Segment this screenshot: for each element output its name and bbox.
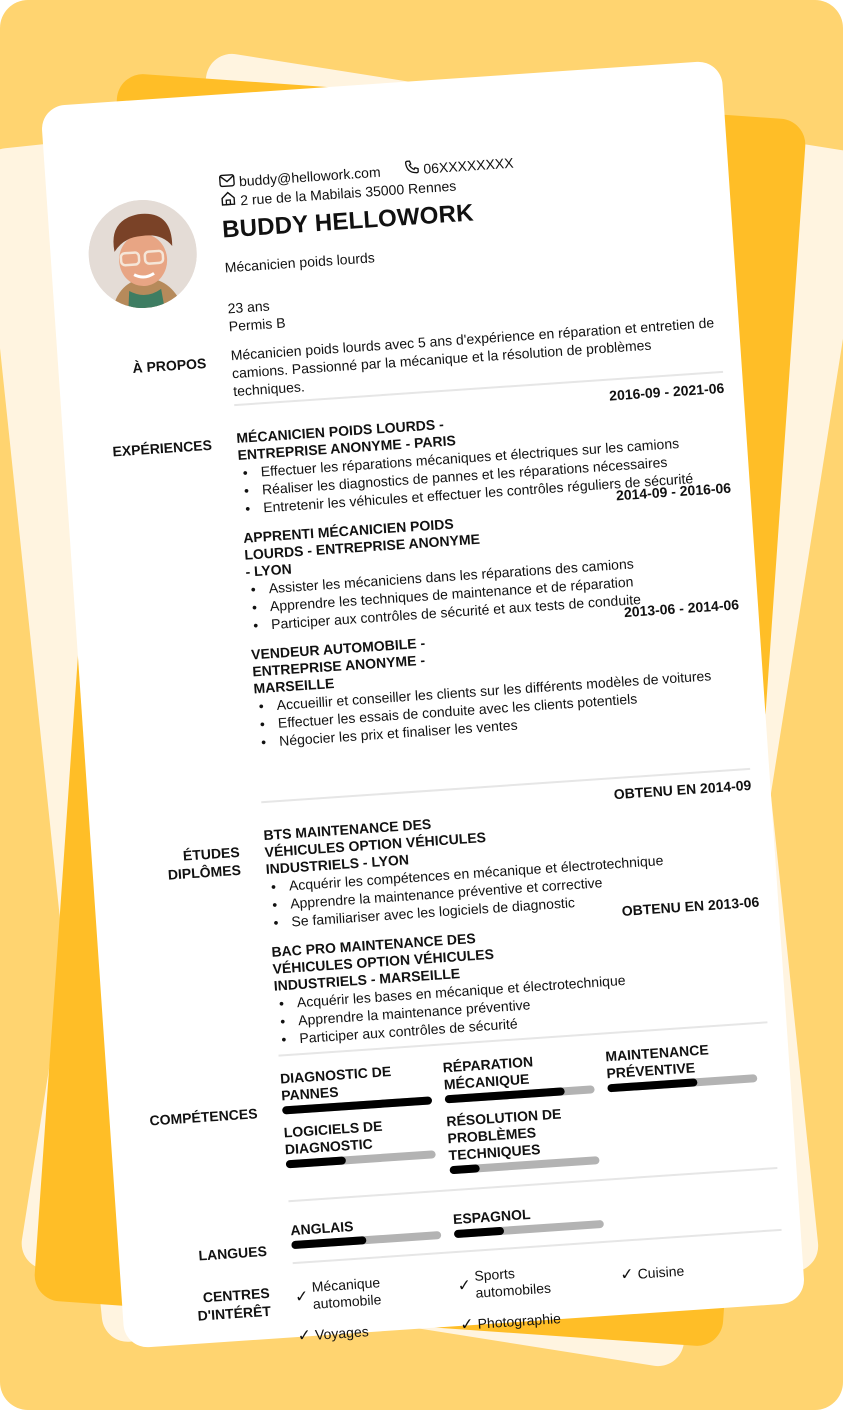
section-label-education: ÉTUDES DIPLÔMES [91, 843, 241, 889]
envelope-icon [218, 172, 235, 191]
check-icon: ✓ [457, 1277, 472, 1295]
section-label-skills: COMPÉTENCES [109, 1104, 258, 1132]
check-icon: ✓ [460, 1316, 475, 1334]
interest-item: ✓Sports automobiles [456, 1258, 621, 1303]
resume-card: buddy@hellowork.com 06XXXXXXXX 2 rue de … [40, 60, 805, 1349]
interest-item: ✓Mécanique automobile [294, 1269, 459, 1314]
skill-item: Réparation mécanique [442, 1048, 608, 1103]
section-label-about: À PROPOS [58, 354, 207, 382]
language-item: ANGLAIS [290, 1211, 454, 1249]
license-text: Permis B [228, 313, 286, 335]
background-frame: buddy@hellowork.com 06XXXXXXXX 2 rue de … [0, 0, 843, 1410]
skill-item: Maintenance préventive [605, 1037, 771, 1092]
interest-label: Sports automobiles [474, 1260, 586, 1301]
experience-date: 2016-09 - 2021-06 [609, 379, 725, 405]
section-label-experiences: EXPÉRIENCES [64, 436, 213, 464]
section-label-languages: LANGUES [119, 1242, 268, 1270]
interest-label: Mécanique automobile [311, 1271, 423, 1312]
language-item: ESPAGNOL [453, 1200, 617, 1238]
home-icon [220, 191, 237, 211]
skill-item: Résolution de problèmes techniques [446, 1102, 613, 1174]
section-label-interests: CENTRES D'INTÉRÊT [121, 1284, 271, 1330]
check-icon: ✓ [294, 1288, 309, 1306]
skill-level-fill [286, 1156, 346, 1168]
language-level-fill [454, 1227, 504, 1238]
job-title: Mécanicien poids lourds [224, 249, 375, 275]
languages-grid: ANGLAISESPAGNOL [290, 1189, 781, 1249]
interest-item: ✓Cuisine [619, 1247, 784, 1292]
interest-label: Cuisine [637, 1262, 685, 1282]
interest-label: Voyages [314, 1323, 369, 1344]
skill-level-fill [449, 1164, 479, 1174]
education-date: OBTENU EN 2014-09 [613, 776, 752, 803]
skill-name: Résolution de problèmes techniques [446, 1103, 599, 1164]
personal-info: 23 ans Permis B [227, 296, 286, 336]
skill-item: Diagnostic de pannes [280, 1060, 446, 1115]
phone-icon [404, 159, 420, 179]
check-icon: ✓ [297, 1327, 312, 1345]
education-list: OBTENU EN 2014-09BTS MAINTENANCE DES VÉH… [263, 788, 768, 1055]
skill-item: Logiciels de diagnostic [283, 1113, 450, 1185]
experiences-list: 2016-09 - 2021-06MÉCANICIEN POIDS LOURDS… [235, 391, 747, 758]
avatar [85, 196, 200, 311]
interest-item: ✓Voyages [297, 1317, 461, 1345]
check-icon: ✓ [620, 1266, 635, 1284]
skills-grid: Diagnostic de pannesRéparation mécanique… [280, 1037, 777, 1185]
